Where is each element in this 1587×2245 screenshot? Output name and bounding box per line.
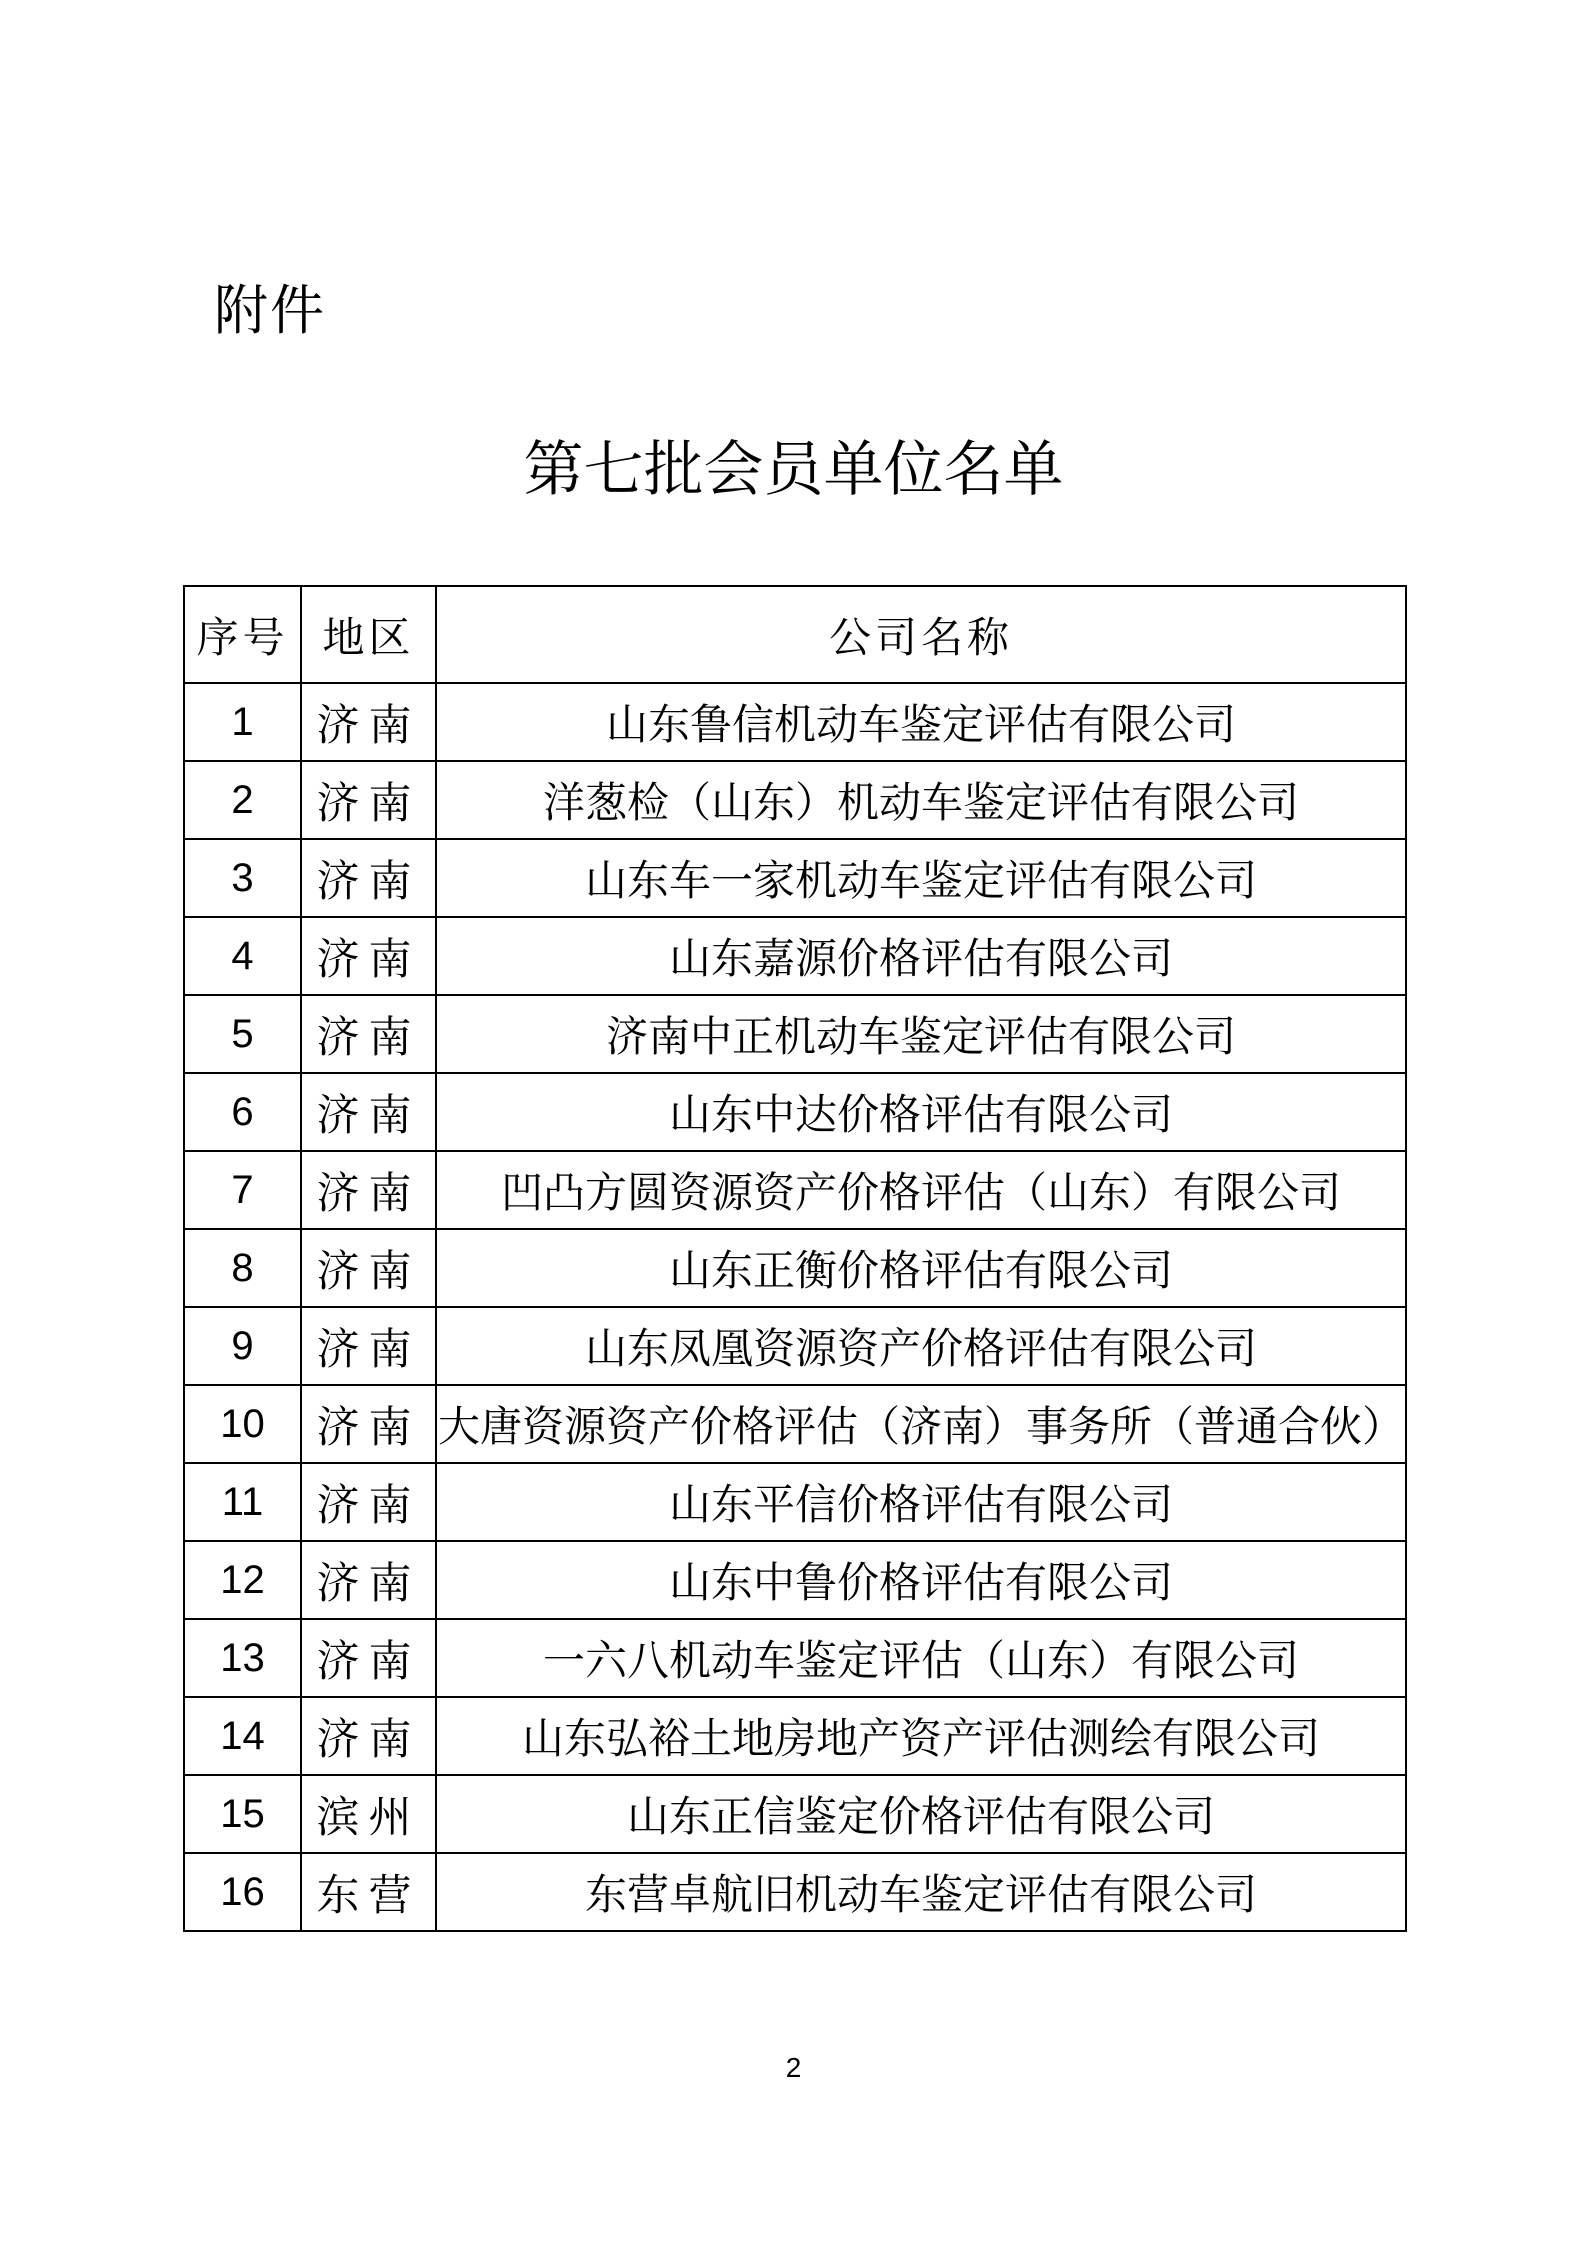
row-number-cell: 1 — [184, 683, 301, 761]
row-number-cell: 15 — [184, 1775, 301, 1853]
attachment-label: 附件 — [214, 281, 326, 340]
table-header-row: 序号 地区 公司名称 — [184, 586, 1406, 683]
company-cell: 山东凤凰资源资产价格评估有限公司 — [436, 1307, 1406, 1385]
region-cell: 济南 — [301, 1619, 436, 1697]
region-cell: 济南 — [301, 1385, 436, 1463]
table-row: 16 东营 东营卓航旧机动车鉴定评估有限公司 — [184, 1853, 1406, 1931]
company-cell: 大唐资源资产价格评估（济南）事务所（普通合伙） — [436, 1385, 1406, 1463]
col-header-region: 地区 — [301, 586, 436, 683]
row-number-cell: 3 — [184, 839, 301, 917]
row-number-cell: 13 — [184, 1619, 301, 1697]
row-number-cell: 12 — [184, 1541, 301, 1619]
page-number: 2 — [0, 2052, 1587, 2084]
company-cell: 山东鲁信机动车鉴定评估有限公司 — [436, 683, 1406, 761]
table-row: 11 济南 山东平信价格评估有限公司 — [184, 1463, 1406, 1541]
company-cell: 山东正信鉴定价格评估有限公司 — [436, 1775, 1406, 1853]
table-body: 1 济南 山东鲁信机动车鉴定评估有限公司 2 济南 洋葱检（山东）机动车鉴定评估… — [184, 683, 1406, 1931]
region-cell: 济南 — [301, 1073, 436, 1151]
table-row: 5 济南 济南中正机动车鉴定评估有限公司 — [184, 995, 1406, 1073]
company-cell: 东营卓航旧机动车鉴定评估有限公司 — [436, 1853, 1406, 1931]
row-number-cell: 8 — [184, 1229, 301, 1307]
table-row: 3 济南 山东车一家机动车鉴定评估有限公司 — [184, 839, 1406, 917]
region-cell: 济南 — [301, 1151, 436, 1229]
region-cell: 济南 — [301, 761, 436, 839]
col-header-no: 序号 — [184, 586, 301, 683]
region-cell: 济南 — [301, 1307, 436, 1385]
table-row: 2 济南 洋葱检（山东）机动车鉴定评估有限公司 — [184, 761, 1406, 839]
row-number-cell: 9 — [184, 1307, 301, 1385]
company-cell: 山东正衡价格评估有限公司 — [436, 1229, 1406, 1307]
table-row: 14 济南 山东弘裕土地房地产资产评估测绘有限公司 — [184, 1697, 1406, 1775]
region-cell: 济南 — [301, 1541, 436, 1619]
table-row: 8 济南 山东正衡价格评估有限公司 — [184, 1229, 1406, 1307]
region-cell: 济南 — [301, 1697, 436, 1775]
company-cell: 山东车一家机动车鉴定评估有限公司 — [436, 839, 1406, 917]
table-row: 4 济南 山东嘉源价格评估有限公司 — [184, 917, 1406, 995]
company-cell: 山东中达价格评估有限公司 — [436, 1073, 1406, 1151]
company-cell: 山东中鲁价格评估有限公司 — [436, 1541, 1406, 1619]
member-table: 序号 地区 公司名称 1 济南 山东鲁信机动车鉴定评估有限公司 2 济南 洋葱检… — [183, 585, 1407, 1932]
row-number-cell: 2 — [184, 761, 301, 839]
region-cell: 济南 — [301, 683, 436, 761]
company-cell: 山东嘉源价格评估有限公司 — [436, 917, 1406, 995]
row-number-cell: 10 — [184, 1385, 301, 1463]
company-cell: 济南中正机动车鉴定评估有限公司 — [436, 995, 1406, 1073]
table-row: 7 济南 凹凸方圆资源资产价格评估（山东）有限公司 — [184, 1151, 1406, 1229]
table-row: 10 济南 大唐资源资产价格评估（济南）事务所（普通合伙） — [184, 1385, 1406, 1463]
table-row: 15 滨州 山东正信鉴定价格评估有限公司 — [184, 1775, 1406, 1853]
document-page: 附件 第七批会员单位名单 序号 地区 公司名称 1 济南 山东鲁信机动车鉴定评估… — [0, 0, 1587, 2245]
row-number-cell: 5 — [184, 995, 301, 1073]
row-number-cell: 16 — [184, 1853, 301, 1931]
row-number-cell: 14 — [184, 1697, 301, 1775]
table-row: 6 济南 山东中达价格评估有限公司 — [184, 1073, 1406, 1151]
table-row: 12 济南 山东中鲁价格评估有限公司 — [184, 1541, 1406, 1619]
company-cell: 洋葱检（山东）机动车鉴定评估有限公司 — [436, 761, 1406, 839]
region-cell: 东营 — [301, 1853, 436, 1931]
row-number-cell: 6 — [184, 1073, 301, 1151]
row-number-cell: 11 — [184, 1463, 301, 1541]
region-cell: 滨州 — [301, 1775, 436, 1853]
company-cell: 一六八机动车鉴定评估（山东）有限公司 — [436, 1619, 1406, 1697]
company-cell: 山东弘裕土地房地产资产评估测绘有限公司 — [436, 1697, 1406, 1775]
row-number-cell: 7 — [184, 1151, 301, 1229]
page-title: 第七批会员单位名单 — [0, 436, 1587, 505]
region-cell: 济南 — [301, 917, 436, 995]
table-row: 9 济南 山东凤凰资源资产价格评估有限公司 — [184, 1307, 1406, 1385]
region-cell: 济南 — [301, 1229, 436, 1307]
region-cell: 济南 — [301, 1463, 436, 1541]
company-cell: 山东平信价格评估有限公司 — [436, 1463, 1406, 1541]
region-cell: 济南 — [301, 839, 436, 917]
col-header-company: 公司名称 — [436, 586, 1406, 683]
company-cell: 凹凸方圆资源资产价格评估（山东）有限公司 — [436, 1151, 1406, 1229]
table-row: 1 济南 山东鲁信机动车鉴定评估有限公司 — [184, 683, 1406, 761]
region-cell: 济南 — [301, 995, 436, 1073]
row-number-cell: 4 — [184, 917, 301, 995]
table-row: 13 济南 一六八机动车鉴定评估（山东）有限公司 — [184, 1619, 1406, 1697]
